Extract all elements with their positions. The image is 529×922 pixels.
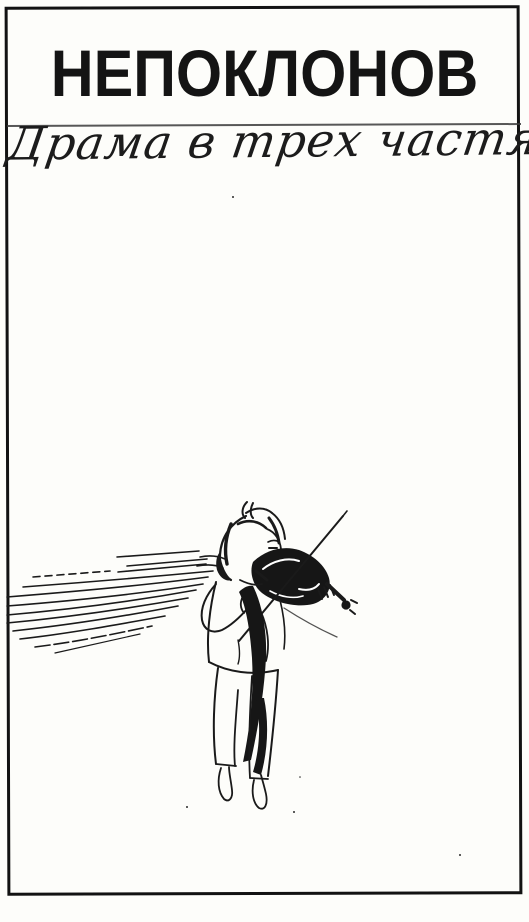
motion-lines: [7, 551, 213, 653]
scanned-title-page: НЕПОКЛОНОВ Драма в трех частях: [0, 0, 529, 922]
child-violinist-illustration: [0, 0, 529, 922]
child-figure: [197, 502, 357, 809]
scan-specks: [186, 196, 461, 856]
